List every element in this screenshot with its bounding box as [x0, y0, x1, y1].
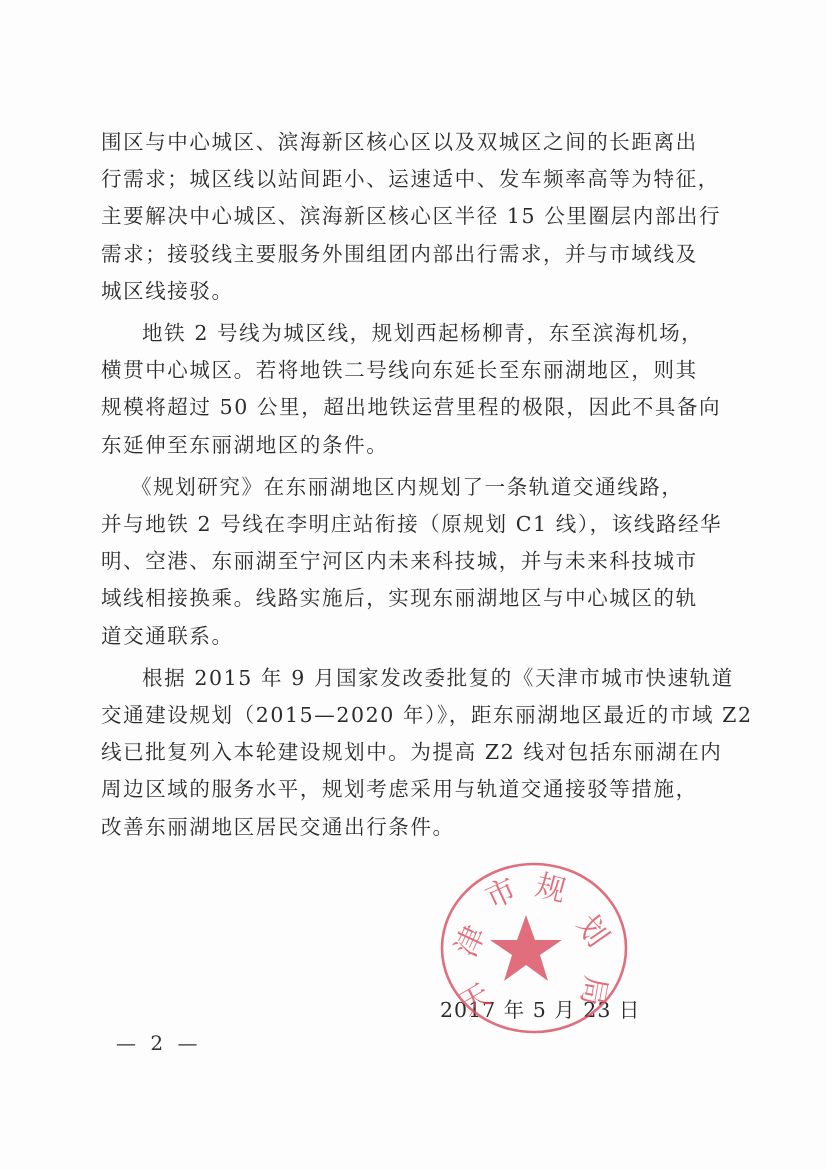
text-line: 需求；接驳线主要服务外围组团内部出行需求，并与市域线及 [101, 236, 725, 273]
paragraph-1: 围区与中心城区、滨海新区核心区以及双城区之间的长距离出 行需求；城区线以站间距小… [101, 124, 725, 310]
document-page: 围区与中心城区、滨海新区核心区以及双城区之间的长距离出 行需求；城区线以站间距小… [0, 0, 827, 1170]
paragraph-2: 地铁 2 号线为城区线，规划西起杨柳青，东至滨海机场， 横贯中心城区。若将地铁二… [101, 315, 725, 464]
text-line: 域线相接换乘。线路实施后，实现东丽湖地区与中心城区的轨 [101, 580, 725, 617]
seal-char: 划 [569, 909, 615, 954]
text-line: 横贯中心城区。若将地铁二号线向东延长至东丽湖地区，则其 [101, 352, 725, 389]
seal-char: 市 [480, 872, 522, 916]
text-line: 并与地铁 2 号线在李明庄站衔接（原规划 C1 线），该线路经华 [101, 506, 725, 543]
text-line: 东延伸至东丽湖地区的条件。 [101, 427, 725, 464]
text-line: 《规划研究》在东丽湖地区内规划了一条轨道交通线路， [101, 469, 725, 506]
text-line: 规模将超过 50 公里，超出地铁运营里程的极限，因此不具备向 [101, 389, 725, 426]
text-line: 城区线接驳。 [101, 273, 725, 310]
paragraph-4: 根据 2015 年 9 月国家发改委批复的《天津市城市快速轨道 交通建设规划（2… [101, 660, 725, 846]
text-line: 道交通联系。 [101, 618, 725, 655]
text-line: 地铁 2 号线为城区线，规划西起杨柳青，东至滨海机场， [101, 315, 725, 352]
text-line: 根据 2015 年 9 月国家发改委批复的《天津市城市快速轨道 [101, 660, 725, 697]
text-line: 交通建设规划（2015—2020 年）》，距东丽湖地区最近的市域 Z2 [101, 697, 725, 734]
text-line: 明、空港、东丽湖至宁河区内未来科技城，并与未来科技城市 [101, 543, 725, 580]
text-line: 周边区域的服务水平，规划考虑采用与轨道交通接驳等措施， [101, 771, 725, 808]
seal-char: 规 [532, 868, 570, 910]
document-body: 围区与中心城区、滨海新区核心区以及双城区之间的长距离出 行需求；城区线以站间距小… [101, 124, 725, 846]
text-line: 围区与中心城区、滨海新区核心区以及双城区之间的长距离出 [101, 124, 725, 161]
text-line: 线已批复列入本轮建设规划中。为提高 Z2 线对包括东丽湖在内 [101, 734, 725, 771]
paragraph-3: 《规划研究》在东丽湖地区内规划了一条轨道交通线路， 并与地铁 2 号线在李明庄站… [101, 469, 725, 655]
page-number: — 2 — [116, 1031, 201, 1055]
signature-date: 2017 年 5 月 23 日 [440, 993, 640, 1023]
text-line: 行需求；城区线以站间距小、运速适中、发车频率高等为特征， [101, 161, 725, 198]
star-icon [490, 915, 562, 981]
text-line: 改善东丽湖地区居民交通出行条件。 [101, 809, 725, 846]
seal-char: 津 [449, 920, 493, 962]
text-line: 主要解决中心城区、滨海新区核心区半径 15 公里圈层内部出行 [101, 198, 725, 235]
